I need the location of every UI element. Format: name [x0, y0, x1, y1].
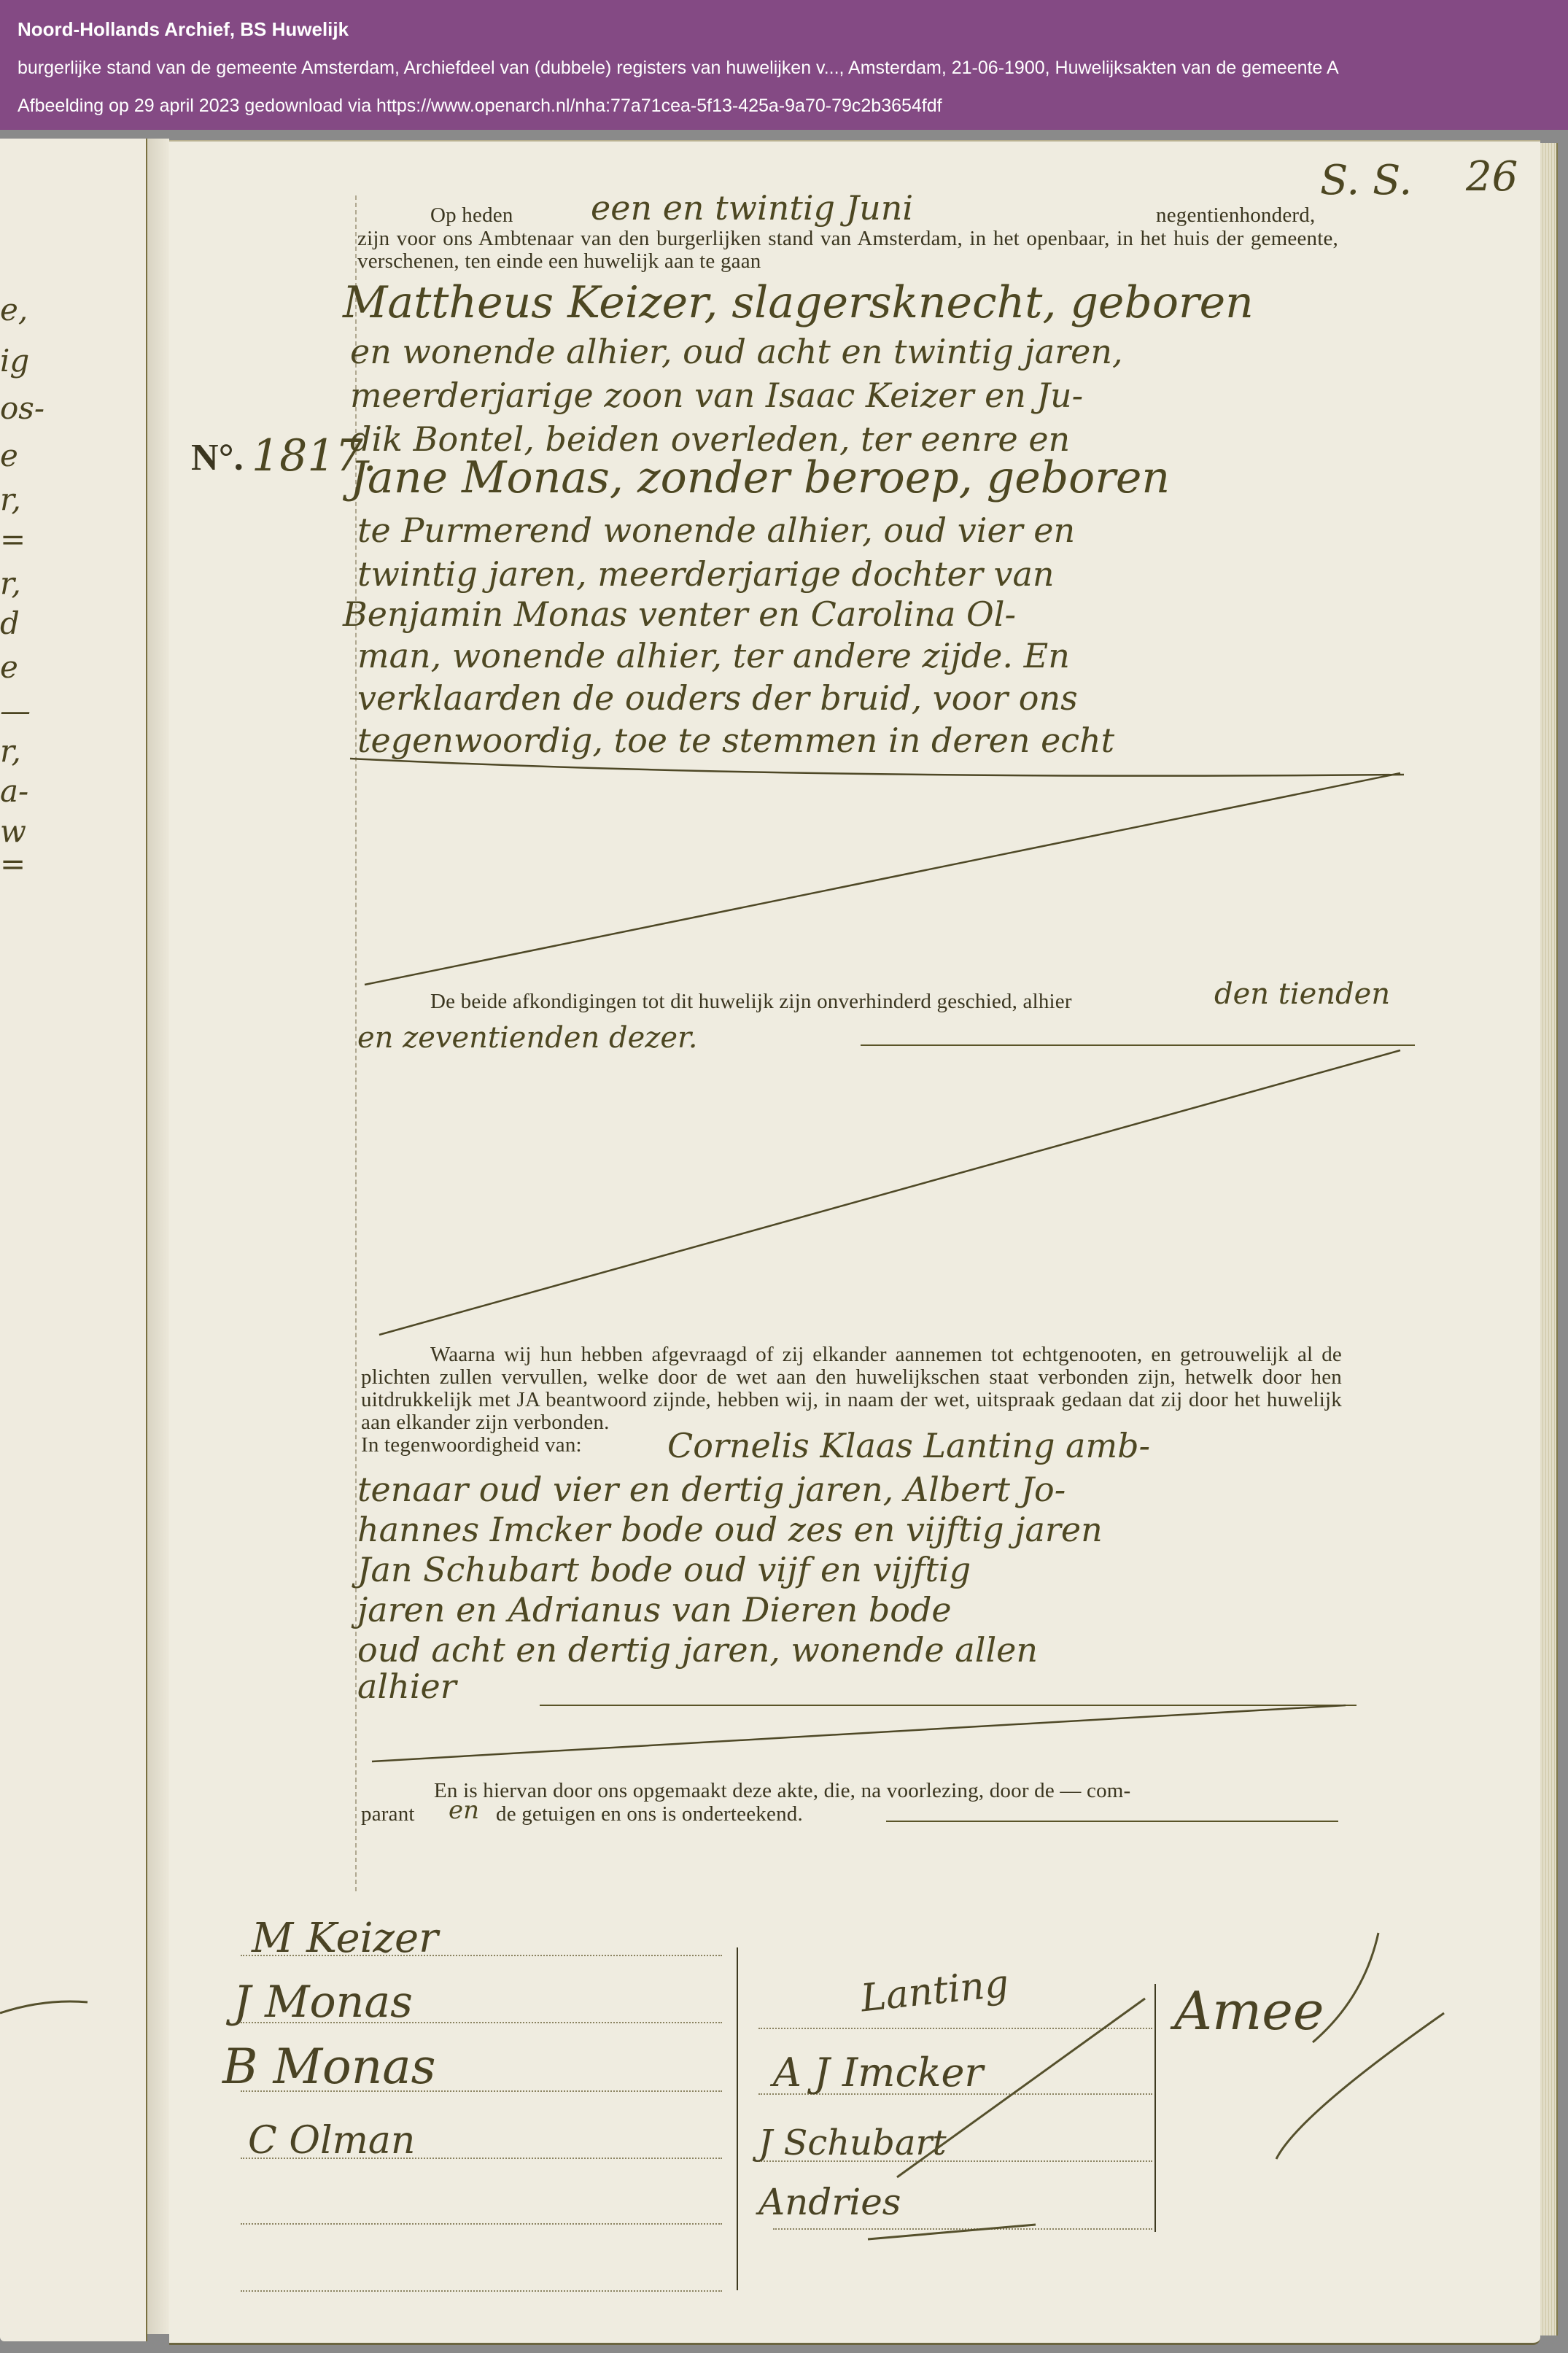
left-page-fragment: = — [0, 522, 26, 557]
rule-line — [861, 1044, 1415, 1046]
witnesses-line: alhier — [357, 1667, 457, 1706]
signature-bride-mother: C Olman — [248, 2119, 415, 2163]
signature-line — [758, 2028, 1152, 2029]
signature-line — [773, 2228, 1152, 2230]
banner-description: burgerlijke stand van de gemeente Amster… — [18, 54, 1568, 82]
left-page-fragment: e, — [0, 292, 28, 327]
left-page-fragment: a- — [0, 773, 28, 809]
signature-bracket-right — [1154, 1984, 1156, 2232]
left-page-fragment: = — [0, 846, 26, 882]
left-page-fragment: r, — [0, 481, 21, 517]
archive-banner: Noord-Hollands Archief, BS Huwelijk burg… — [0, 0, 1568, 130]
witnesses-line: hannes Imcker bode oud zes en vijftig ja… — [357, 1510, 1103, 1549]
signature-witness-2: A J Imcker — [773, 2050, 983, 2096]
parties-line: te Purmerend wonende alhier, oud vier en — [357, 511, 1075, 550]
witnesses-line: oud acht en dertig jaren, wonende allen — [357, 1630, 1038, 1670]
intro-printed-text: zijn voor ons Ambtenaar van den burgerli… — [357, 228, 1338, 273]
left-page-fragment: r, — [0, 733, 21, 769]
proclamations-handwritten-date: den tienden — [1214, 977, 1390, 1011]
left-page: e, ig os- e r, = r, d e — r, a- w = — [0, 139, 147, 2341]
closing-handwritten-en: en — [449, 1796, 479, 1825]
banner-title: Noord-Hollands Archief, BS Huwelijk — [18, 16, 1568, 42]
rule-line — [540, 1705, 1357, 1706]
witnesses-line: tenaar oud vier en dertig jaren, Albert … — [357, 1470, 1066, 1509]
closing-printed-1: En is hiervan door ons opgemaakt deze ak… — [434, 1780, 1130, 1802]
left-page-fragment: w — [0, 813, 26, 849]
left-page-fragment: d — [0, 605, 20, 641]
banner-download-note: Afbeelding op 29 april 2023 gedownload v… — [18, 92, 1568, 120]
parties-line: tegenwoordig, toe te stemmen in deren ec… — [357, 721, 1114, 760]
parties-line: en wonende alhier, oud acht en twintig j… — [350, 332, 1123, 371]
parties-line: Benjamin Monas venter en Carolina Ol- — [343, 594, 1016, 634]
closing-printed-parant: parant — [361, 1803, 415, 1826]
proclamations-handwritten-date-2: en zeventienden dezer. — [357, 1021, 697, 1055]
witnesses-line: Cornelis Klaas Lanting amb- — [667, 1426, 1150, 1465]
signature-bride-father: B Monas — [222, 2039, 436, 2095]
closing-printed-2: de getuigen en ons is onderteekend. — [496, 1803, 803, 1826]
signature-line — [241, 2223, 722, 2225]
left-page-fragment: e — [0, 438, 18, 473]
signature-witness-3: J Schubart — [758, 2123, 947, 2163]
intro-printed-year: negentienhonderd, — [1156, 204, 1315, 227]
intro-printed-op-heden: Op heden — [430, 204, 513, 227]
book-gutter — [147, 139, 169, 2334]
parties-line: man, wonende alhier, ter andere zijde. E… — [357, 636, 1070, 675]
left-page-fragment: ig — [0, 343, 29, 379]
signature-bride: J Monas — [233, 1977, 413, 2028]
vows-printed: Waarna wij hun hebben afgevraagd of zij … — [361, 1344, 1342, 1434]
left-page-fragment: — — [0, 693, 31, 729]
record-number-prefix: N°. — [191, 436, 244, 480]
folio-number: 26 — [1466, 153, 1518, 201]
page-edges — [1540, 143, 1558, 2335]
left-page-fragment: e — [0, 649, 18, 685]
intro-handwritten-date: een en twintig Juni — [591, 188, 913, 228]
witnesses-line: jaren en Adrianus van Dieren bode — [357, 1590, 952, 1629]
witness-label: In tegenwoordigheid van: — [361, 1434, 582, 1457]
signature-official: Amee — [1174, 1980, 1324, 2042]
page-initials: S. S. — [1320, 157, 1412, 204]
parties-line: twintig jaren, meerderjarige dochter van — [357, 554, 1055, 594]
signature-line — [241, 2290, 722, 2292]
signature-bracket-left — [737, 1947, 738, 2290]
parties-line: verklaarden de ouders der bruid, voor on… — [357, 678, 1078, 718]
proclamations-printed: De beide afkondigingen tot dit huwelijk … — [430, 991, 1072, 1013]
witnesses-line: Jan Schubart bode oud vijf en vijftig — [357, 1550, 971, 1589]
left-page-fragment: os- — [0, 390, 44, 426]
signature-witness-4: Andries — [758, 2181, 901, 2223]
parties-line: Jane Monas, zonder beroep, geboren — [350, 452, 1170, 503]
left-page-fragment: r, — [0, 565, 21, 601]
rule-line — [886, 1821, 1338, 1822]
signature-groom: M Keizer — [252, 1915, 438, 1962]
parties-line: Mattheus Keizer, slagersknecht, geboren — [343, 277, 1254, 328]
parties-line: meerderjarige zoon van Isaac Keizer en J… — [350, 376, 1083, 415]
